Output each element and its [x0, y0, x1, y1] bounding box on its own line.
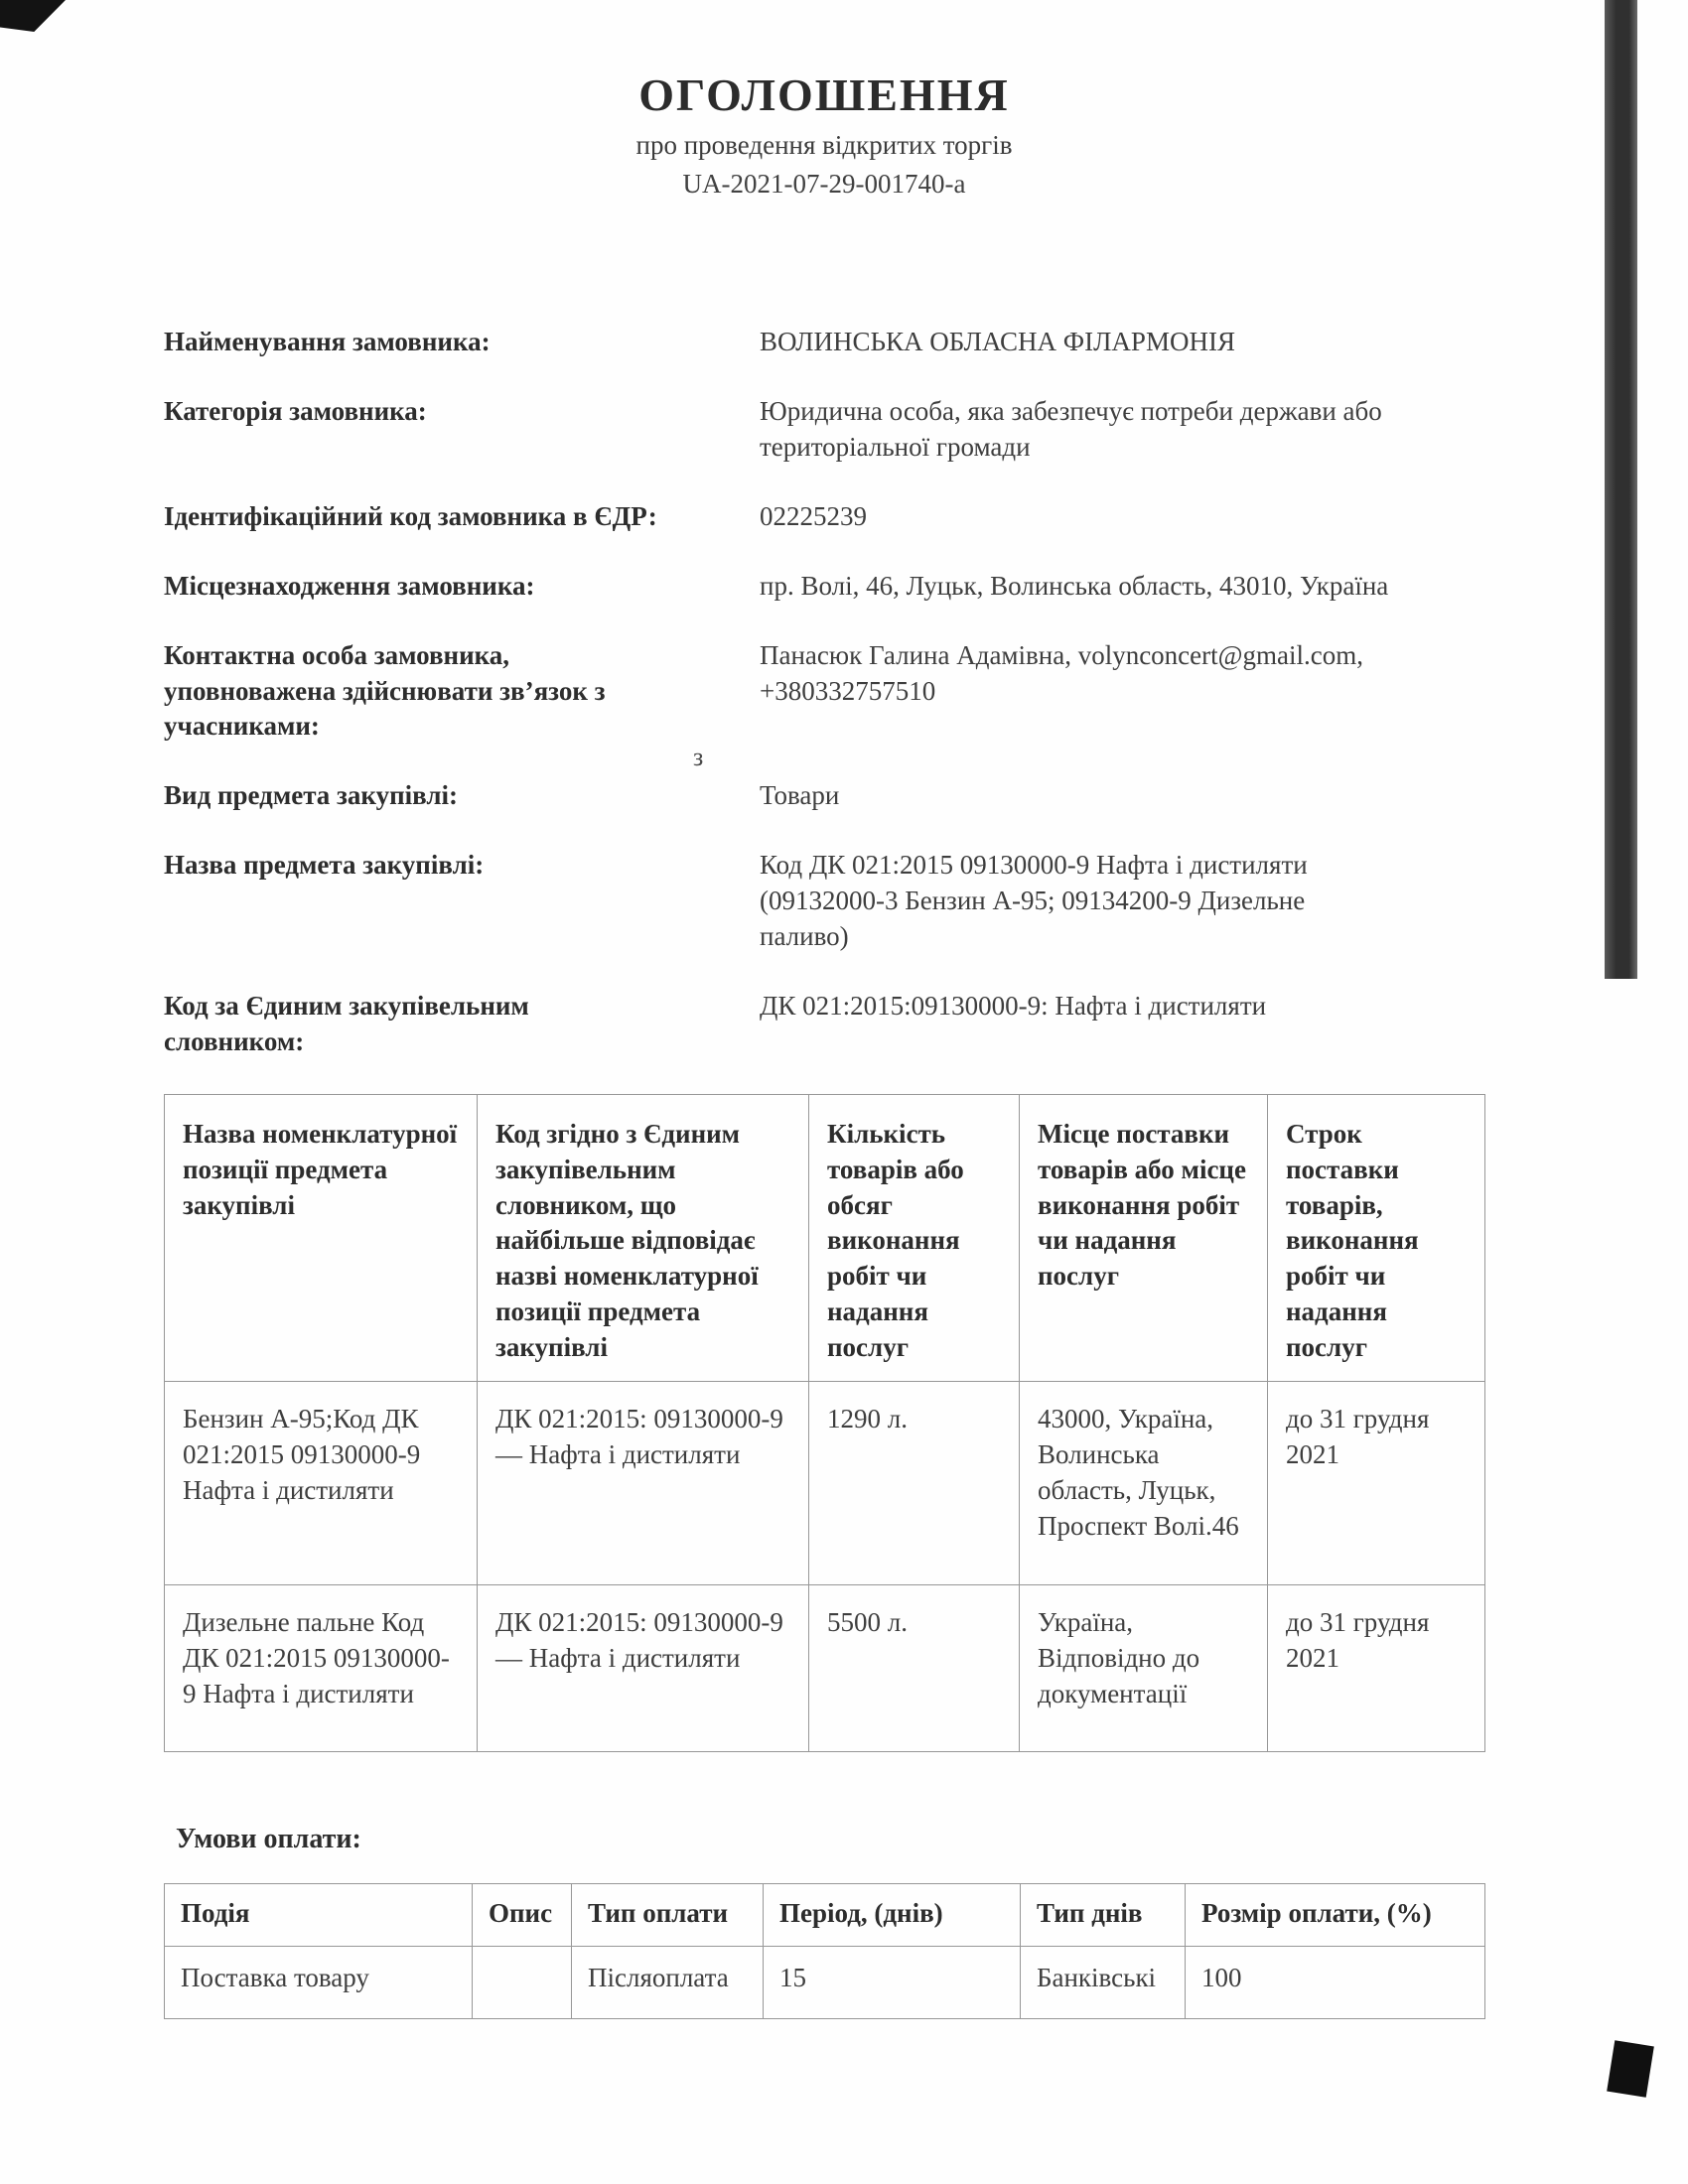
payment-period-cell: 15: [764, 1947, 1021, 2019]
document-header: ОГОЛОШЕННЯ про проведення відкритих торг…: [164, 0, 1484, 200]
field-row-customer-category: Категорія замовника: Юридична особа, яка…: [164, 394, 1484, 466]
field-value: пр. Волі, 46, Луцьк, Волинська область, …: [760, 569, 1395, 605]
payment-days-type-cell: Банківські: [1021, 1947, 1186, 2019]
item-delivery-term-cell: до 31 грудня 2021: [1268, 1584, 1485, 1752]
field-value: Товари: [760, 778, 1395, 814]
payment-event-cell: Поставка товару: [165, 1947, 473, 2019]
field-row-customer-name: Найменування замовника: ВОЛИНСЬКА ОБЛАСН…: [164, 325, 1484, 360]
payment-terms-table: Подія Опис Тип оплати Період, (днів) Тип…: [164, 1883, 1485, 2019]
field-row-edr-code: Ідентифікаційний код замовника в ЄДР: 02…: [164, 499, 1484, 535]
items-col-header-item-name: Назва номенклатурної позиції предмета за…: [165, 1094, 478, 1381]
table-row: Бензин А-95;Код ДК 021:2015 09130000-9 Н…: [165, 1382, 1485, 1585]
tender-id: UA-2021-07-29-001740-a: [164, 168, 1484, 200]
item-name-cell: Дизельне пальне Код ДК 021:2015 09130000…: [165, 1584, 478, 1752]
field-label: Найменування замовника:: [164, 325, 670, 360]
payment-col-header-payment-size: Розмір оплати, (%): [1186, 1884, 1485, 1947]
scan-artifact-bottom-right-mark: [1607, 2040, 1654, 2098]
items-table-header-row: Назва номенклатурної позиції предмета за…: [165, 1094, 1485, 1381]
field-value: ДК 021:2015:09130000-9: Нафта і дистилят…: [760, 989, 1395, 1060]
item-name-cell: Бензин А-95;Код ДК 021:2015 09130000-9 Н…: [165, 1382, 478, 1585]
table-row: Поставка товару Післяоплата 15 Банківськ…: [165, 1947, 1485, 2019]
field-label: Назва предмета закупівлі:: [164, 848, 670, 955]
payment-col-header-payment-type: Тип оплати: [572, 1884, 764, 1947]
field-label: Контактна особа замовника, уповноважена …: [164, 638, 670, 746]
item-delivery-place-cell: 43000, Україна, Волинська область, Луцьк…: [1020, 1382, 1268, 1585]
field-value: Юридична особа, яка забезпечує потреби д…: [760, 394, 1395, 466]
field-value: ВОЛИНСЬКА ОБЛАСНА ФІЛАРМОНІЯ: [760, 325, 1395, 360]
items-table: Назва номенклатурної позиції предмета за…: [164, 1094, 1485, 1753]
item-quantity-cell: 1290 л.: [809, 1382, 1020, 1585]
table-row: Дизельне пальне Код ДК 021:2015 09130000…: [165, 1584, 1485, 1752]
item-delivery-term-cell: до 31 грудня 2021: [1268, 1382, 1485, 1585]
field-label: Код за Єдиним закупівельним словником:: [164, 989, 670, 1060]
scan-artifact-right-edge-bar: [1605, 0, 1637, 979]
payment-col-header-period: Період, (днів): [764, 1884, 1021, 1947]
field-row-contact-person: Контактна особа замовника, уповноважена …: [164, 638, 1484, 746]
payment-table-header-row: Подія Опис Тип оплати Період, (днів) Тип…: [165, 1884, 1485, 1947]
fields-section: Найменування замовника: ВОЛИНСЬКА ОБЛАСН…: [164, 325, 1484, 1060]
payment-col-header-event: Подія: [165, 1884, 473, 1947]
field-row-cpv-code: Код за Єдиним закупівельним словником: Д…: [164, 989, 1484, 1060]
field-label: Категорія замовника:: [164, 394, 670, 466]
page-title: ОГОЛОШЕННЯ: [164, 71, 1484, 119]
field-label: Вид предмета закупівлі:: [164, 778, 670, 814]
payment-description-cell: [473, 1947, 572, 2019]
items-col-header-delivery-place: Місце поставки товарів або місце виконан…: [1020, 1094, 1268, 1381]
document-content: ОГОЛОШЕННЯ про проведення відкритих торг…: [164, 0, 1484, 2019]
item-delivery-place-cell: Україна, Відповідно до документації: [1020, 1584, 1268, 1752]
items-col-header-quantity: Кількість товарів або обсяг виконання ро…: [809, 1094, 1020, 1381]
item-cpv-cell: ДК 021:2015: 09130000-9 — Нафта і дистил…: [478, 1382, 809, 1585]
payment-type-cell: Післяоплата: [572, 1947, 764, 2019]
field-value: Панасюк Галина Адамівна, volynconcert@gm…: [760, 638, 1395, 746]
page-subtitle: про проведення відкритих торгів: [164, 129, 1484, 161]
item-quantity-cell: 5500 л.: [809, 1584, 1020, 1752]
payment-terms-title: Умови оплати:: [176, 1824, 1484, 1855]
field-row-procurement-name: Назва предмета закупівлі: Код ДК 021:201…: [164, 848, 1484, 955]
items-col-header-delivery-term: Строк поставки товарів, виконання робіт …: [1268, 1094, 1485, 1381]
payment-size-cell: 100: [1186, 1947, 1485, 2019]
item-cpv-cell: ДК 021:2015: 09130000-9 — Нафта і дистил…: [478, 1584, 809, 1752]
payment-col-header-days-type: Тип днів: [1021, 1884, 1186, 1947]
items-col-header-cpv-code: Код згідно з Єдиним закупівельним словни…: [478, 1094, 809, 1381]
scanned-document-page: з ОГОЛОШЕННЯ про проведення відкритих то…: [0, 0, 1688, 2184]
scan-artifact-top-left-corner: [0, 0, 66, 32]
field-label: Місцезнаходження замовника:: [164, 569, 670, 605]
field-row-customer-location: Місцезнаходження замовника: пр. Волі, 46…: [164, 569, 1484, 605]
payment-col-header-description: Опис: [473, 1884, 572, 1947]
field-value: Код ДК 021:2015 09130000-9 Нафта і дисти…: [760, 848, 1395, 955]
field-row-procurement-type: Вид предмета закупівлі: Товари: [164, 778, 1484, 814]
field-label: Ідентифікаційний код замовника в ЄДР:: [164, 499, 670, 535]
field-value: 02225239: [760, 499, 1395, 535]
